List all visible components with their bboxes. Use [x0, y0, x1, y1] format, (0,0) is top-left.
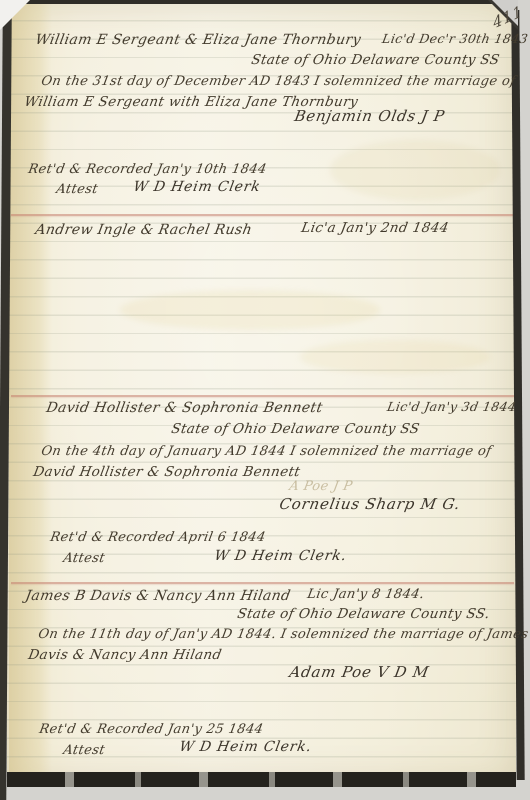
bleedthrough-smudge — [300, 340, 490, 374]
entry-4-clerk-signature: W D Heim Clerk. — [178, 739, 313, 755]
entry-1-attest-label: Attest — [55, 182, 99, 197]
entry-4-body-line-2: Davis & Nancy Ann Hiland — [27, 647, 223, 663]
entry-3-body-line-1: On the 4th day of January AD 1844 I sole… — [40, 444, 493, 459]
entry-4-body-line-1: On the 11th day of Jan'y AD 1844. I sole… — [37, 627, 530, 642]
entry-3-state-line: State of Ohio Delaware County SS — [170, 421, 421, 437]
entry-4-names: James B Davis & Nancy Ann Hiland — [24, 588, 292, 604]
entry-3-license-note: Lic'd Jan'y 3d 1844 — [386, 399, 518, 414]
bleedthrough-smudge — [120, 290, 380, 330]
entry-3-body-line-2: David Hollister & Sophronia Bennett — [32, 464, 302, 480]
entry-1-return-line: Ret'd & Recorded Jan'y 10th 1844 — [27, 162, 268, 177]
entry-4-return-line: Ret'd & Recorded Jan'y 25 1844 — [38, 722, 265, 737]
entry-1-license-note: Lic'd Dec'r 30th 1843 - — [381, 31, 530, 46]
entry-3-names: David Hollister & Sophronia Bennett — [45, 400, 324, 416]
page-edge-bottom-ragged — [7, 772, 516, 787]
entry-1-state-line: State of Ohio Delaware County SS — [250, 52, 501, 68]
entry-3-attest-label: Attest — [62, 551, 106, 566]
entry-3-clerk-signature: W D Heim Clerk. — [213, 548, 348, 564]
entry-4-state-line: State of Ohio Delaware County SS. — [236, 606, 491, 622]
entry-4-officiant-signature: Adam Poe V D M — [288, 663, 431, 681]
entry-2-names: Andrew Ingle & Rachel Rush — [34, 222, 253, 238]
bleedthrough-smudge — [330, 140, 500, 200]
entry-4-attest-label: Attest — [62, 743, 106, 758]
record-separator-rule-1 — [11, 214, 514, 216]
entry-3-erased-ghost-signature: A Poe J P — [288, 479, 354, 494]
entry-1-names: William E Sergeant & Eliza Jane Thornbur… — [34, 32, 362, 48]
scanned-marriage-register-page: 411 William E Sergeant & Eliza Jane Thor… — [0, 0, 530, 800]
entry-1-officiant-signature: Benjamin Olds J P — [293, 107, 446, 125]
record-separator-rule-2 — [11, 395, 514, 397]
entry-3-return-line: Ret'd & Recorded April 6 1844 — [49, 530, 267, 545]
entry-3-officiant-signature: Cornelius Sharp M G. — [278, 495, 462, 513]
record-separator-rule-3 — [11, 582, 514, 584]
scan-corner-wedge — [0, 0, 30, 30]
page-edge-top — [26, 0, 494, 4]
entry-1-clerk-signature: W D Heim Clerk — [132, 179, 262, 195]
entry-4-license-note: Lic Jan'y 8 1844. — [306, 587, 426, 602]
entry-1-body-line-1: On the 31st day of December AD 1843 I so… — [40, 74, 517, 89]
entry-2-license-note: Lic'a Jan'y 2nd 1844 — [300, 220, 450, 236]
